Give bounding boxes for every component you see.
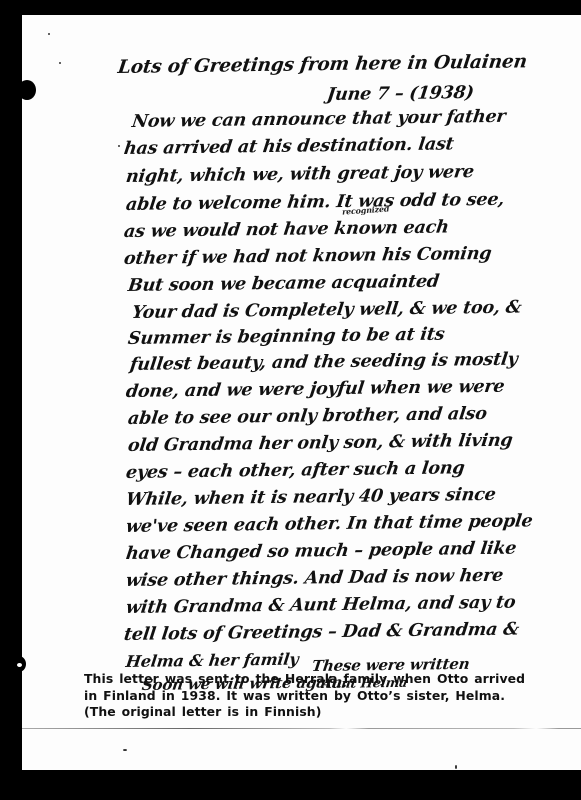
letter-line: done, and we were joyful when we were: [125, 377, 506, 402]
letter-line: While, when it is nearly 40 years since: [125, 485, 497, 510]
letter-line: fullest beauty, and the seeding is mostl…: [129, 350, 519, 375]
scan-speck: [48, 33, 50, 35]
letter-line: as we would not have known each: [123, 217, 450, 242]
letter-line: with Grandma & Aunt Helma, and say to: [125, 593, 517, 618]
letter-greeting: Lots of Greetings from here in Oulainen: [117, 51, 528, 78]
letter-line: tell lots of Greetings – Dad & Grandma &: [123, 619, 520, 645]
scanned-document: Lots of Greetings from here in Oulainen …: [0, 0, 581, 800]
punch-hole-mark: [18, 80, 36, 100]
letter-line: able to welcome him. It was odd to see,: [125, 190, 506, 215]
caption-line: in Finland in 1938. It was written by Ot…: [84, 688, 554, 705]
letter-date: June 7 – (1938): [326, 83, 475, 105]
letter-line: Now we can announce that your father: [131, 107, 507, 132]
letter-line: Summer is beginning to be at its: [127, 325, 446, 349]
separator-line: [22, 728, 581, 729]
letter-line: able to see our only brother, and also: [127, 404, 488, 429]
caption-line: This letter was sent to the Herrala fami…: [84, 671, 554, 688]
letter-line: we've seen each other. In that time peop…: [125, 511, 534, 537]
letter-line: old Grandma her only son, & with living: [127, 431, 514, 456]
scan-speck: [118, 145, 120, 147]
caption-line: (The original letter is in Finnish): [84, 704, 554, 721]
letter-line: But soon we became acquainted: [127, 272, 441, 296]
letter-line: Your dad is Completely well, & we too, &: [131, 298, 523, 323]
scan-speck: [455, 765, 457, 769]
scan-speck: [59, 62, 61, 64]
correction-recognized: recognized: [342, 203, 390, 216]
letter-line: eyes – each other, after such a long: [125, 458, 466, 483]
letter-line: wise other things. And Dad is now here: [125, 566, 505, 591]
letter-line: has arrived at his destination. last: [123, 134, 455, 159]
letter-line: have Changed so much – people and like: [125, 539, 518, 564]
letter-page: Lots of Greetings from here in Oulainen …: [22, 15, 581, 770]
scan-speck: [123, 749, 127, 751]
typed-caption: This letter was sent to the Herrala fami…: [84, 671, 554, 721]
letter-line: Helma & her family: [125, 650, 300, 671]
letter-line: night, which we, with great joy were: [125, 162, 475, 187]
letter-line: other if we had not known his Coming: [123, 244, 493, 269]
punch-hole-mark: [12, 656, 26, 672]
